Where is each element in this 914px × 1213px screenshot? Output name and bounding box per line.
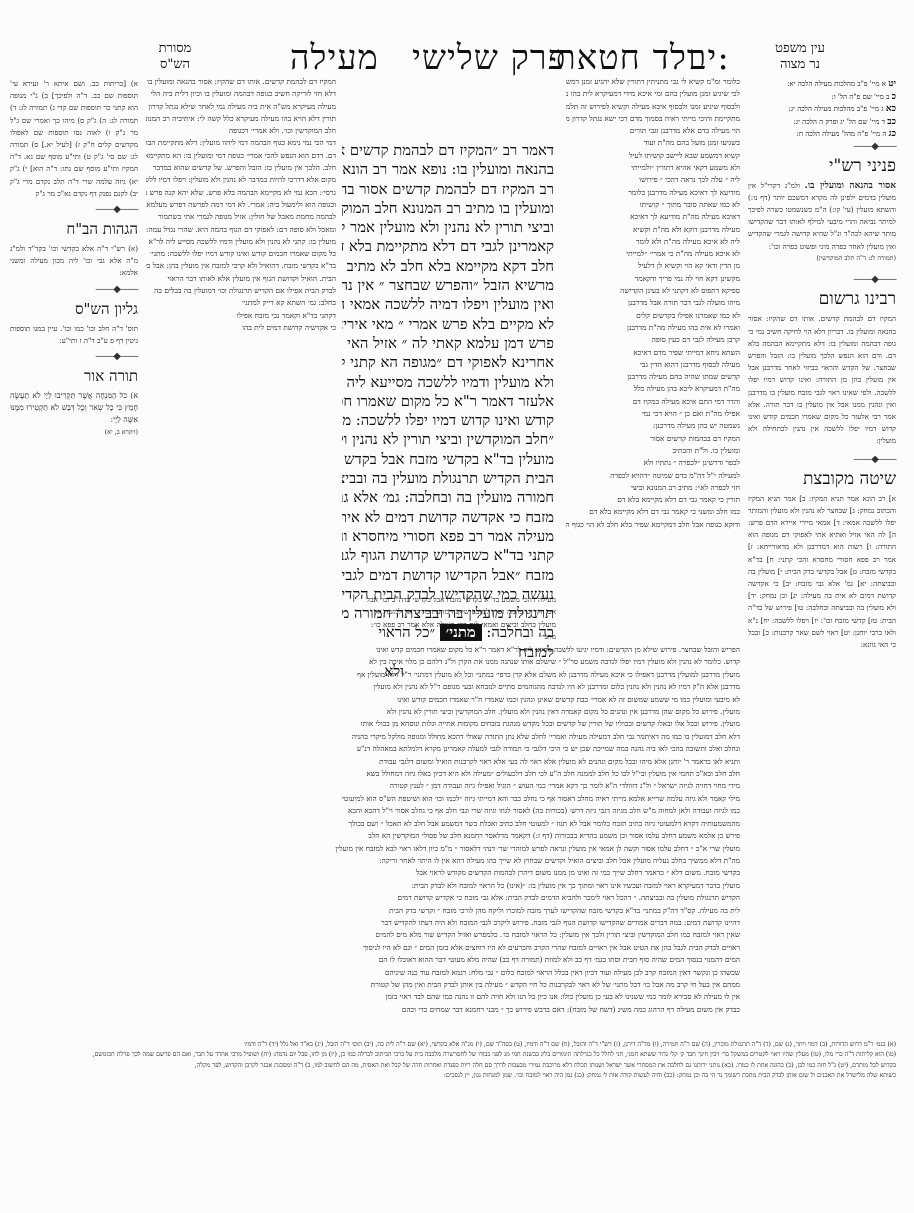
rashi-line: דמי הכי נמי נימא כגוף הבהמה דמי ליהוו מו…: [146, 137, 336, 149]
gemara-line: ואין מועלין ויפלו דמיה ללשכה אמאי הכא נמ…: [342, 295, 554, 314]
ein-mishpat-label-line2: נר מצוה: [765, 57, 835, 73]
rashi-line: חלב. הלכך אין מועלין בו: הזבל והפרש. של …: [146, 162, 336, 174]
tosafot-line: ולא משמע דקאי אהיא דתורין ״ולמייתי: [566, 162, 740, 174]
tosafot-line: קדשים שמתו שהיה בהם מעילה מדרבנן: [566, 371, 740, 383]
gemara-line: פרש דמן עלמא קאתי לה ״ אזיל האי אתי: [342, 334, 554, 353]
rashi-line: דקתני בד"א וקאמר גבי מזבח אפילו: [146, 310, 336, 322]
tosafot-line: מן הדין ודאי קא הוי וקשיא לן דלעיל: [566, 260, 740, 272]
gemara-line: דאמר רב ״המקיז דם לבהמת קדשים אסור: [342, 141, 554, 160]
lower-commentary-line: מהמשמעותיה דקרא דלמעוטי גיזה כתיב תזבח כ…: [146, 818, 740, 830]
rashi-line: לבהמה מחמת מאכל של חולין: אזיל מגופה לגמ…: [146, 211, 336, 223]
tosafot-line: מעילה מדרבנן דוקא ולא מה"ת וקשיא: [566, 224, 740, 236]
rashi-line: תורין דלא הויא בהו מעילה מעיקרא כלל קשה …: [146, 113, 336, 125]
lower-commentary-line: כבדק אין משום מעילה דף הרהוג כמה משיג (ד…: [146, 1004, 740, 1016]
rashi-line: כל מקום שאמרו חכמים קודש ואינו קודש דמיו…: [146, 248, 336, 260]
lower-commentary-line: מה"ת דלא ממשיך בחלב נעליה מועלין אבל חלב…: [146, 855, 740, 867]
ornament-divider: ——◆——: [10, 204, 138, 216]
gemara-line: מועלין בד"א בקדשי מזבח אבל בקדש בדק: [342, 450, 554, 469]
tosafot-line: מתקיימת והיכי מייתי ראיה בסמוך מדם דכי י…: [566, 113, 740, 125]
tosafot-line: מקשינן דקא חוי לה נמי פריך ודקאמר: [566, 273, 740, 285]
tosafot-line: הוי מעילה בדם אלא מדרבנן וגבי תורים: [566, 125, 740, 137]
rashi-line: וכגופה הוא ולימעול ביה: אמרי. לא דמי דמה…: [146, 199, 336, 211]
tosafot-line: והדר דמי התם איכא מעילה במקיז דם: [566, 396, 740, 408]
torah-or-title: תורה אור: [10, 366, 138, 386]
masoret-hashas-body: א) [כריתות כב. ושם איתא ר' זעירא עי' תוס…: [10, 78, 138, 200]
gemara-line: לא מקיים בלא פרש אמרי ״ מאי איריא הדין: [342, 315, 554, 334]
lower-commentary-line: דהיינו קדושת דמים: במה דברים אמורים שהקד…: [146, 917, 740, 929]
gemara-line: ומועלין בו מתיב רב המנונא חלב המוקדשין: [342, 199, 554, 218]
ornament-divider: ——◆——: [748, 141, 896, 153]
gilyon-hashas-title: גליון הש"ס: [10, 299, 138, 319]
rashi-line: דלא חזי לזריקה חשיב כגופה דבהמה ומועלין …: [146, 88, 336, 100]
rashi-continuation: מעילה דהכי משמע בד"א בקדשי מזבח אבל בקדש…: [146, 594, 556, 643]
rashi-continuation-lines: מעילה דהכי משמע בד"א בקדשי מזבח אבל בקדש…: [146, 594, 556, 643]
lower-commentary-line: חלב חלב ובא"כ תחמי אין מועלין ובי"ל לכו …: [146, 768, 740, 780]
lower-commentary-line: מועלין שרי א"כ ״ דחלב עלמו אסור וקשה לן …: [146, 843, 740, 855]
rashi-line: הבית. הואיל וקדושת הגוף אין מועלין אלא ל…: [146, 273, 336, 285]
tosafot-line: מעילה לבסוף מדרבנן דהוא הדין גבי: [566, 359, 740, 371]
lower-commentary-line: כמו לגיזה ועבודה ולאן למחוה מ"ש חלב מגיז…: [146, 805, 740, 817]
pninei-rashi-text: ולמ"ג דקרי"ל אין מועלין בדמים ילפינן לה …: [748, 181, 896, 251]
gemara-line: קודש ואינו קדוש דמיו יפלו ללשכה: מתני׳: [342, 411, 554, 430]
tosafot-line: כלומר ומ"מ קשיא לי גבי מתניתין דתורין של…: [566, 76, 740, 88]
footer-line: (א) בגמ׳ ר"מ דרוש הדורות, (ב) דמוי ויתר,…: [30, 1040, 896, 1050]
ein-mishpat-entry: יט א מיי' פ"ב מהלכות מעילה הלכה יא:: [748, 78, 896, 91]
ein-mishpat-header: עין משפט נר מצוה: [765, 41, 835, 73]
chapter-number: פרק שלישי: [412, 38, 566, 78]
tosafot-line: דאיכא מעילה מה"ת מודיעא לך דאיכא: [566, 211, 740, 223]
hagahot-habach-body: (א) רש"י ד"ה אלא בקדשי וכו' בקד"ד ולמ"ג …: [10, 243, 138, 280]
page-number: יב:: [690, 38, 730, 78]
tosafot-line: מה"ת דמעיקרא ליכא בהן מעילה כלל: [566, 383, 740, 395]
tosafot-line: קרבן מעילה לגבי דם כעין סופה: [566, 334, 740, 346]
lower-commentary-line: ראויים לבדק הבית לגבל בהן את הטיט אבל אי…: [146, 942, 740, 954]
gemara-line: מרשיא הזבל ״והפרש שבחצר ״ אין נהנין: [342, 276, 554, 295]
lower-commentary-line: ותניא לאו כדאמר ר' יוחנן אלא מיהו ובכל מ…: [146, 756, 740, 768]
torah-or-body: א) כל הַמִּנְחָה אֲשֶׁר תַּקְרִיבוּ לַיָ…: [10, 390, 138, 427]
gemara-line: אחרינא לאפוקי דם ״מגופה הא קתני לא נהנין: [342, 353, 554, 372]
tosafot-line: לא כמו שאמרנו אפילו בקדשים קלים: [566, 310, 740, 322]
lower-commentary-line: מדרבנן אלא ה"ק דמיו לא נהנין ולא נהנין כ…: [146, 681, 740, 693]
chapter-name: ולד חטאת: [555, 38, 697, 78]
pninei-rashi-body: אסור בהנאה ומועלין בו. ולמ"ג דקרי"ל אין …: [748, 180, 896, 265]
rabbeinu-gershom-title: רבינו גרשום: [748, 289, 896, 309]
ein-mishpat-entry: כב ד מיי' שם הל' יג ופרק ה הלכה יג:: [748, 116, 896, 129]
lower-commentary-line: מועלין. פירוש כל מקום שהן מדרבנן אין ונה…: [146, 706, 740, 718]
gemara-line: מזבח כי אקדשה קדושת דמים לא אית בה: [342, 508, 554, 527]
ein-mishpat-entry: כג ה מיי' פ"ה מהל' מעילה הלכה ח:: [748, 128, 896, 141]
gemara-line: קתני בד"א כשהקדיש קדושת הגוף לגבי: [342, 546, 554, 565]
tosafot-line: חזי לכפרה לא״: מתיב רב המנונא וביצי: [566, 482, 740, 494]
masoret-label-line2: הש"ס: [155, 57, 195, 73]
gilyon-hashas-body: תוס' ד"ה חלב וכו' כמו וכו'. עיין במנו תו…: [10, 323, 138, 347]
rashi-line: מועלין בחלב וביצים ואמאי לית בהן מעילה א…: [146, 619, 556, 631]
lower-commentary-line: ונחלב ואלכ ותשובה בהכי לאו ביה נהנה במה …: [146, 743, 740, 755]
tosafot-line: ליה ״ עלה לכך נראה דהכי ״ פירושו: [566, 174, 740, 186]
gemara-line: הבית הקדיש תרנגולת מועלין בה ובביצתה: [342, 469, 554, 488]
gemara-line: ולא מועלין ודמיו ללשכה מסייעא ליה לרבי: [342, 373, 554, 392]
shita-mekubetzet-title: שיטה מקובצת: [748, 469, 896, 489]
lower-commentary-line: שאין ראוי למזבח כמו חלב המוקדשין וביצי ת…: [146, 929, 740, 941]
rashi-line: דם. דדם הוא הנפש להכי אמרי׳ כגופה דמי ומ…: [146, 150, 336, 162]
tosafot-line: ולבסוף שיגיע זמנו ולבסוף איכא מעילה וקשי…: [566, 101, 740, 113]
rashi-line: בחלב: גמ׳ השתא קא דייק למתני׳: [146, 297, 336, 309]
rashi-column: המקיז דם לבהמת קדשים. אותו דם שהקיז: אסו…: [146, 76, 336, 334]
footer-line: (טו) הוא קליתות ד"ה כרי מלו, (טז) מעלין …: [30, 1050, 896, 1060]
torah-or-source: (ויקרא ב, יא): [10, 427, 138, 439]
gemara-line: ״חלב המוקדשין וביצי תורין לא נהנין ולא: [342, 430, 554, 449]
ornament-divider: ——◆——: [748, 454, 896, 466]
rashi-line: מקום אלא דדרכו להיות במדבר לא נהנין ולא …: [146, 174, 336, 186]
gemara-line: רב המקיז דם לבהמת קדשים אסור בהנאה: [342, 180, 554, 199]
lower-commentary-line: המים דהמנוי בנסוך המים שהיה סוף חבית וסת…: [146, 954, 740, 966]
gemara-line: חמורה מועלין בה ובחלבה: גמ׳ אלא גבי: [342, 488, 554, 507]
lower-commentary-line: ממהם אין בעל חי קרב מה אבל כו׳ דכל מתני׳…: [146, 979, 740, 991]
gemara-line: בהנאה ומועלין בו: נופא אמר רב הונא אמר: [342, 160, 554, 179]
tosafot-line: מיהו מועלה לגבי דבר תורה אבל מדרבנן: [566, 297, 740, 309]
gemara-lines: דאמר רב ״המקיז דם לבהמת קדשים אסורבהנאה …: [342, 141, 554, 623]
lower-commentary-line: מועלין מדרבנן למועלין מדרבנן דאפילו כי א…: [146, 669, 740, 681]
lower-commentary-line: מילי קאמר ולא גיזה עלמה שרייא אלמא מייתי…: [146, 793, 740, 805]
gemara-line: מעילה אמר רב פפא חסורי מיחסרא והכי: [342, 527, 554, 546]
tosafot-line: נשמטה יש בהן מעילה מדרבנן:: [566, 420, 740, 432]
lower-commentary-line: לא מיבעי ומועלין כמו מי ששמע שמשום זה לא…: [146, 694, 740, 706]
pninei-rashi-lead: אסור בהנאה ומועלין בו.: [805, 181, 896, 191]
tosafot-lines: כלומר ומ"מ קשיא לי גבי מתניתין דתורין של…: [566, 76, 740, 531]
footer-notes: (א) בגמ׳ ר"מ דרוש הדורות, (ב) דמוי ויתר,…: [30, 1040, 896, 1082]
right-margin-column: יט א מיי' פ"ב מהלכות מעילה הלכה יא: כ ב …: [748, 78, 896, 651]
left-margin-column: א) [כריתות כב. ושם איתא ר' זעירא עי' תוס…: [10, 78, 138, 438]
tosafot-line: אפילו מה"ת ואם כן ״ הויא דכי נמי: [566, 408, 740, 420]
lower-commentary-lines: הפריש והזבל שבחצר. פירוש שילא מן הקדשים:…: [146, 644, 740, 1016]
lower-commentary-line: שכשהו כן ונקשר דאין המזבח קרב לכן מעילה …: [146, 967, 740, 979]
hagahot-habach-title: הגהות הב"ח: [10, 219, 138, 239]
lower-tosafot: הפריש והזבל שבחצר. פירוש שילא מן הקדשים:…: [146, 644, 740, 1016]
rashi-line: גרסי׳: הכא נמי לא מקיימא הבהמה בלא פרש. …: [146, 187, 336, 199]
tosafot-line: מודיעא לך דאיכא מעילה מדרבנן כלומר: [566, 187, 740, 199]
rashi-line: ומאכל ולא סופה דם: לאפוקי דם הגוף בהמה ה…: [146, 224, 336, 236]
tosafot-line: לא כמו שאתה סובר מתוך ״ קושיתו: [566, 199, 740, 211]
lower-commentary-line: מועלין בדבר דמעיקרא ראוי למזבח ועכשיו אי…: [146, 880, 740, 892]
lower-commentary-line: בקדשי מזבח. משום דלא ״ כדאמר דחלב שייך כ…: [146, 867, 740, 879]
lower-commentary-line: מידי מחוי דחויה לגיזה ישראל ״ ול"נ דזוול…: [146, 780, 740, 792]
rashi-line: אם הקדיש בהמה ושוין למזבח שיקנה מהם דבר …: [146, 606, 556, 618]
lower-commentary-line: דלא חלב דמועלין בו כמו מה דאיתמר גבי חלב…: [146, 731, 740, 743]
tosafot-column: כלומר ומ"מ קשיא לי גבי מתניתין דתורין של…: [566, 76, 740, 531]
masoret-label-line1: מסורת: [155, 41, 195, 57]
footer-line: כשותא שלה מלישרל את האבנים ול שום אותן ל…: [30, 1071, 896, 1081]
tosafot-line: ודוקא כגופה אבל חלב דמקיימא שפיר בלא חלב…: [566, 519, 740, 531]
tosafot-line: בשגיעו זמנן מועל בהם מה"ת ועוד: [566, 137, 740, 149]
tosafot-line: השתא ניחא דמייתי שפיר מדם דאיכא: [566, 347, 740, 359]
ein-mishpat-list: יט א מיי' פ"ב מהלכות מעילה הלכה יא: כ ב …: [748, 78, 896, 141]
rashi-line: מועלין בו: קתני לא נהנין ולא מועלין ודמי…: [146, 236, 336, 248]
ein-mishpat-entry: כ ב מיי' שם פ"ה הל' ו:: [748, 91, 896, 104]
ornament-divider: ——◆——: [10, 284, 138, 296]
rashi-line: חלב המוקדשין וכו׳. ולא אמרי׳ דכגופה: [146, 125, 336, 137]
rashi-line: מעילה דהכי משמע בד"א בקדשי מזבח אבל בקדש…: [146, 594, 556, 606]
lower-commentary-line: הפריש והזבל שבחצר. פירוש שילא מן הקדשים:…: [146, 644, 740, 656]
tosafot-line: ומועלין בו. ול"ת והכתיב: [566, 445, 740, 457]
tosafot-line: למעילה י"ל דה"מ בדם שמיטה ״דהויא לכפרה: [566, 470, 740, 482]
tractate-title: מעילה: [290, 38, 379, 78]
shita-mekubetzet-body: א] רב הונא אמר תניא המקיז: ב] אמר תניא ה…: [748, 493, 896, 652]
lower-commentary-line: הקדיש תרנגולת מועלין בה ובביצתה. ״ דהכל …: [146, 892, 740, 904]
tosafot-line: כמו חלב ומשני כי קאמר גבי דם דלא מקיימא …: [566, 506, 740, 518]
lower-commentary-line: אין לו מעילה לא סבירא לומר כמי ששנינו לא…: [146, 991, 740, 1003]
tosafot-line: המקיז דם בבהמות קדשים אסור: [566, 433, 740, 445]
lower-commentary-line: לית בה מעילה. קס"ד דה"ק במתני׳ בד"א בקדש…: [146, 905, 740, 917]
gemara-line: קאמרינן לגבי דם דלא מתקיימת בלא דם אבל: [342, 237, 554, 256]
ein-mishpat-entry: כא ג מיי' פ"ב מהלכות מעילה הלכה יג:: [748, 103, 896, 116]
tosafot-line: קשיא דמשמע שבא ליישב קושיתו לעיל: [566, 150, 740, 162]
tosafot-line: ספיקא דתפוס לא דקתני לא בעינן הקדישה: [566, 285, 740, 297]
gemara-line: חלב דקא מקיימא בלא חלב לא מתיב רב: [342, 257, 554, 276]
tosafot-line: לכפר ודרשינן ״לכפרה ״ נתתיו ולא: [566, 457, 740, 469]
tosafot-line: ליה לא איכא מעילה מה"ת ולא לומר: [566, 236, 740, 248]
rashi-line: לבדק הבית אפילו אם הקדיש תרנגולת וכו׳ דמ…: [146, 285, 336, 297]
ein-mishpat-label-line1: עין משפט: [765, 41, 835, 57]
gemara-line: מזבח ״אבל הקדישו קדושת דמים לגבי מזבח: [342, 566, 554, 585]
footer-line: בקדוש לכל מותרם, (יט) ג"ל חזה כמו לבן, (…: [30, 1061, 896, 1071]
footer-lines: (א) בגמ׳ ר"מ דרוש הדורות, (ב) דמוי ויתר,…: [30, 1040, 896, 1082]
gemara-line: אלעזר דאמר ר"א כל מקום שאמרו חכמים: [342, 392, 554, 411]
rashi-line: המקיז דם לבהמת קדשים. אותו דם שהקיז: אסו…: [146, 76, 336, 88]
lower-commentary-line: קדוש. כלומר לא נהנין ולא מועלין דמיו יפל…: [146, 656, 740, 668]
rashi-line: בד"א בקדשי מזבח. דהואיל ולא קרבי למזבח א…: [146, 260, 336, 272]
masoret-header: מסורת הש"ס: [155, 41, 195, 73]
rashi-line: כי אקדשיה קדושת דמים לית בהו: [146, 322, 336, 334]
rabbeinu-gershom-body: המקיז דם לבהמת קדשים. אותו דם שהקיז: אסו…: [748, 313, 896, 447]
rashi-line: מעילה מעיקרא מש"ה אית ביה מעילה נמי לאחר…: [146, 101, 336, 113]
rashi-line: מתני׳: [146, 631, 556, 643]
tosafot-line: לכי שיגיע זמנן מועלין בהם ומי איכא מידי …: [566, 88, 740, 100]
ornament-divider: ——◆——: [10, 351, 138, 363]
tosafot-line: ואמרו לא אית בהו מעילה מה"ת מדרבנן: [566, 322, 740, 334]
gemara-line: וביצי תורין לא נהנין ולא מועלין אמר ליה …: [342, 218, 554, 237]
rashi-lines: המקיז דם לבהמת קדשים. אותו דם שהקיז: אסו…: [146, 76, 336, 334]
ornament-divider: ——◆——: [748, 274, 896, 286]
lower-commentary-line: פירש כן אלמא משמע דחלב עלמו אסור וכן משמ…: [146, 830, 740, 842]
pninei-rashi-title: פניני רש"י: [748, 156, 896, 176]
pninei-rashi-footnote: (תמורה לג: ד"ה תלב המוקדשין): [748, 253, 896, 265]
lower-commentary-line: מועלין. פירוש ובכל אלו ובאלו קדשים ובכול…: [146, 718, 740, 730]
tosafot-line: לא איכא מעילה מה"ת כי אמרי׳ ״למייתי: [566, 248, 740, 260]
tosafot-line: תורין כי קאמר גבי דם דלא מקיימא בלא דם: [566, 494, 740, 506]
